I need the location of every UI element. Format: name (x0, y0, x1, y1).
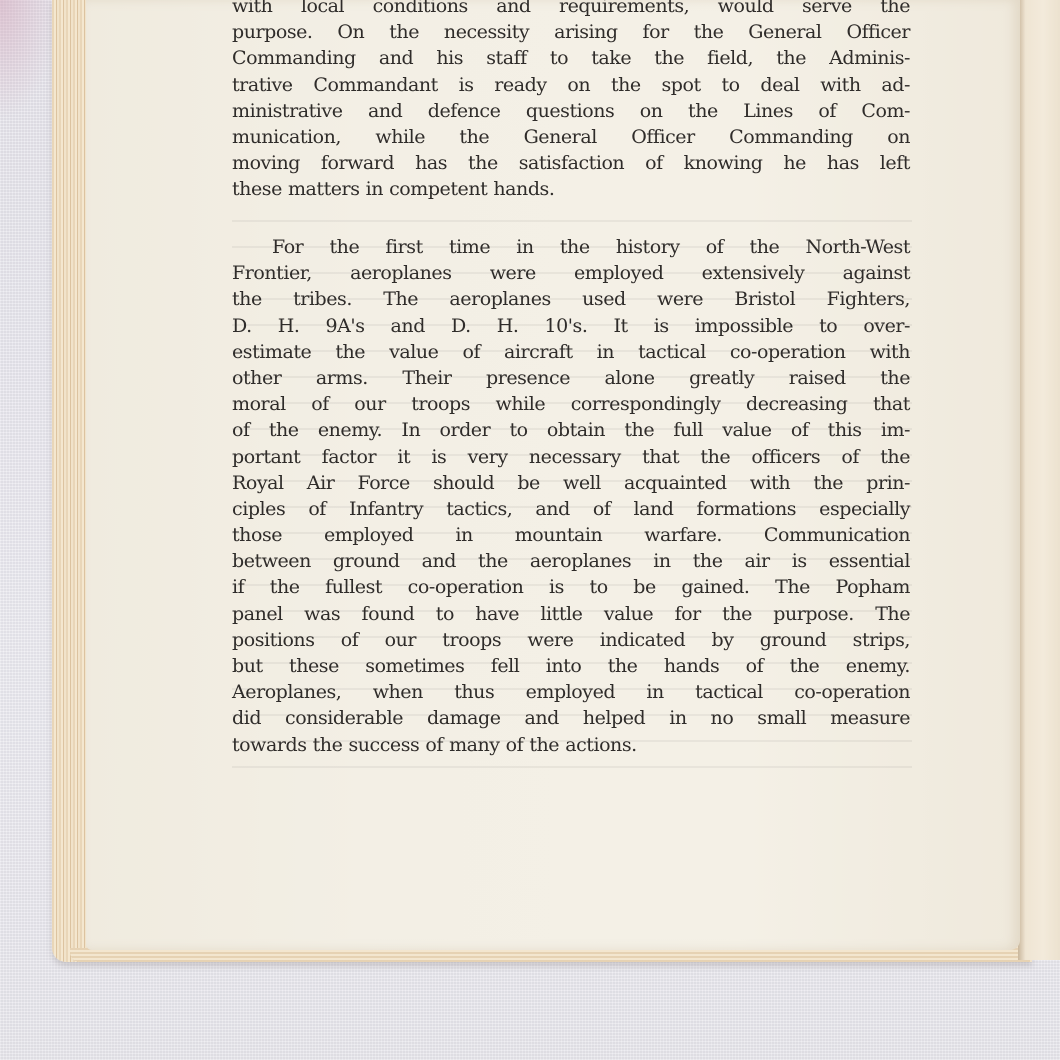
text-line: Frontier, aeroplanes were employed exten… (232, 260, 910, 286)
book-bottom-edges (70, 948, 1030, 962)
text-line: did considerable damage and helped in no… (232, 705, 910, 731)
facing-page-gutter (1018, 0, 1060, 960)
text-line: of the enemy. In order to obtain the ful… (232, 417, 910, 443)
text-line: trative Commandant is ready on the spot … (232, 72, 910, 98)
text-line: moral of our troops while correspondingl… (232, 391, 910, 417)
text-line: For the first time in the history of the… (232, 234, 910, 260)
text-line: ministrative and defence questions on th… (232, 98, 910, 124)
text-line: purpose. On the necessity arising for th… (232, 19, 910, 45)
text-line: Aeroplanes, when thus employed in tactic… (232, 679, 910, 705)
text-line: panel was found to have little value for… (232, 601, 910, 627)
text-line: towards the success of many of the actio… (232, 732, 910, 758)
text-line: Commanding and his staff to take the fie… (232, 45, 910, 71)
paragraph-aeroplanes: For the first time in the history of the… (232, 234, 910, 758)
text-line: munication, while the General Officer Co… (232, 124, 910, 150)
text-line: those employed in mountain warfare. Comm… (232, 522, 910, 548)
text-line: moving forward has the satisfaction of k… (232, 150, 910, 176)
text-line: with local conditions and requirements, … (232, 0, 910, 19)
paragraph-admin-commandant: with local conditions and requirements, … (232, 0, 910, 203)
text-line: if the fullest co-operation is to be gai… (232, 574, 910, 600)
text-line: portant factor it is very necessary that… (232, 444, 910, 470)
text-line: positions of our troops were indicated b… (232, 627, 910, 653)
text-line: D. H. 9A's and D. H. 10's. It is impossi… (232, 313, 910, 339)
text-line: Royal Air Force should be well acquainte… (232, 470, 910, 496)
background-tint (0, 0, 60, 120)
text-line: other arms. Their presence alone greatly… (232, 365, 910, 391)
text-line: but these sometimes fell into the hands … (232, 653, 910, 679)
text-line: estimate the value of aircraft in tactic… (232, 339, 910, 365)
text-line: between ground and the aeroplanes in the… (232, 548, 910, 574)
text-line: these matters in competent hands. (232, 176, 910, 202)
text-line: the tribes. The aeroplanes used were Bri… (232, 286, 910, 312)
text-line: ciples of Infantry tactics, and of land … (232, 496, 910, 522)
